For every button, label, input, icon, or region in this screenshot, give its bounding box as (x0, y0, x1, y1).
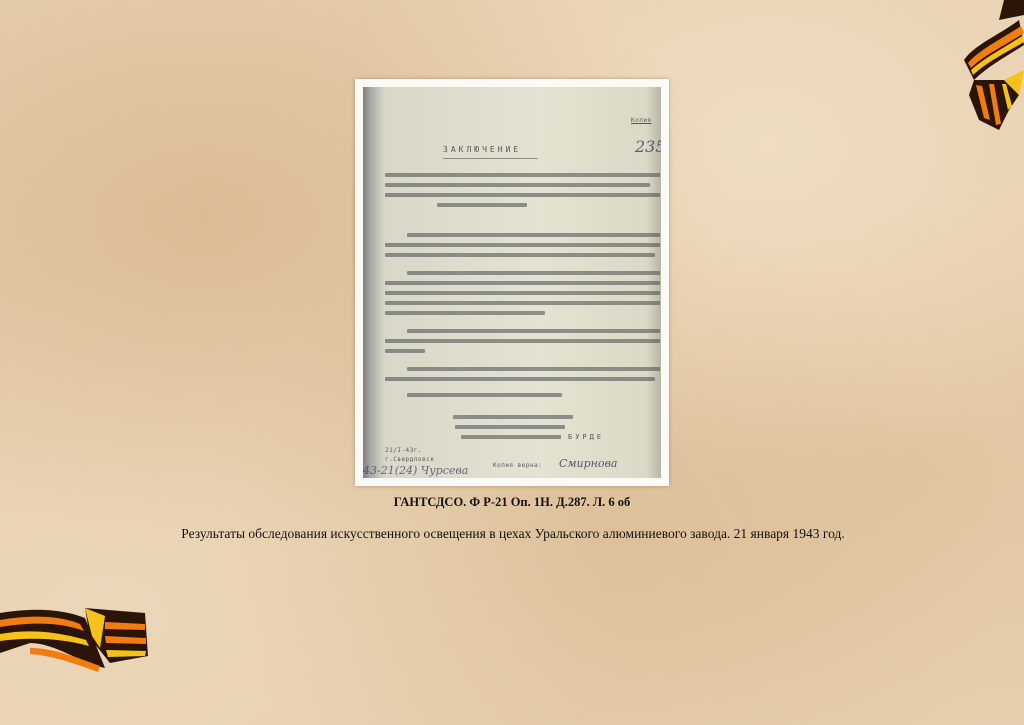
st-george-ribbon-icon (0, 598, 150, 678)
slide: Копия 235 ЗАКЛЮЧЕНИЕ (0, 0, 1024, 725)
document-description: Результаты обследования искусственного о… (0, 526, 1024, 542)
signer-name: БУРДЕ (568, 433, 604, 441)
document-heading: ЗАКЛЮЧЕНИЕ (443, 145, 521, 154)
signature: Смирнова (559, 457, 618, 470)
certified-copy-label: Копия верна: (493, 462, 542, 469)
archival-document-image: Копия 235 ЗАКЛЮЧЕНИЕ (355, 79, 669, 486)
st-george-ribbon-icon (944, 0, 1024, 135)
document-date: 21/I-43г. (385, 447, 422, 454)
archive-handwritten-note: 43-21(24) Чурсева (363, 464, 468, 477)
document-place: г.Свердловск (385, 456, 434, 463)
document-photo: Копия 235 ЗАКЛЮЧЕНИЕ (363, 87, 661, 478)
archive-source-reference: ГАНТСДСО. Ф Р-21 Оп. 1Н. Д.287. Л. 6 об (0, 495, 1024, 510)
folio-mark: 235 (635, 137, 661, 156)
corner-mark: Копия (631, 117, 652, 124)
